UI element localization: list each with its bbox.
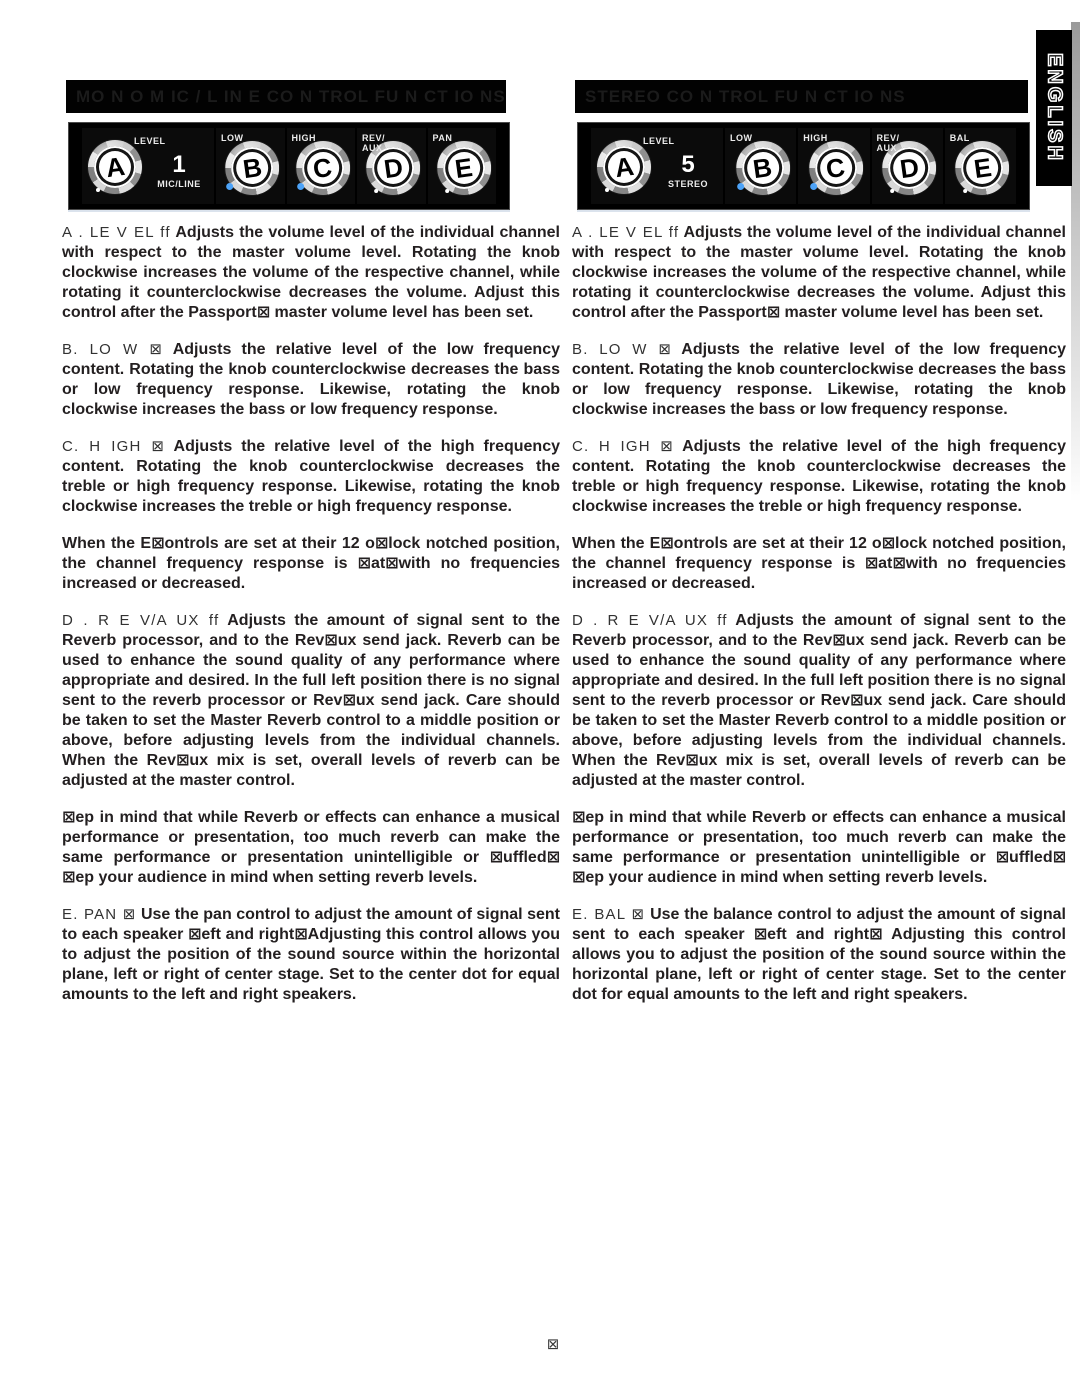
paragraph-label: A . LE V EL ff <box>572 224 679 241</box>
bal-knob: E <box>956 141 1010 195</box>
mono-header-title: MO N O M IC / L IN E CO N TROL FU N CT I… <box>76 87 506 106</box>
paragraph-text: Adjusts the amount of signal sent to the… <box>572 612 1066 789</box>
page-edge-shading <box>1071 22 1080 502</box>
paragraph-level: A . LE V EL ff Adjusts the volume level … <box>572 223 1066 323</box>
low-knob-face: B <box>231 147 273 189</box>
low-knob-label: LOW <box>221 133 244 143</box>
mono-section-high: HIGH C <box>287 128 356 204</box>
knob-pointer-dot <box>297 183 304 190</box>
level-knob: A <box>597 140 651 194</box>
paragraph-label: D . R E V/A UX ff <box>62 612 219 629</box>
level-knob-label: LEVEL <box>134 136 166 146</box>
high-knob-face: C <box>815 147 857 189</box>
rev-aux-knob-face: D <box>372 147 414 189</box>
channel-type-label: MIC/LINE <box>146 179 212 189</box>
knob-letter-c: C <box>311 151 334 184</box>
channel-id-block: 5 STEREO <box>655 152 721 189</box>
paragraph-level: A . LE V EL ff Adjusts the volume level … <box>62 223 560 323</box>
paragraph-label: A . LE V EL ff <box>62 224 171 241</box>
paragraph-text: Use the pan control to adjust the amount… <box>62 906 560 1003</box>
stereo-header-bar: STEREO CO N TROL FU N CT IO NS <box>575 80 1028 113</box>
knob-letter-a: A <box>613 150 636 183</box>
bal-knob-label: BAL <box>950 133 970 143</box>
knob-pointer-dot <box>445 189 449 193</box>
channel-type-label: STEREO <box>655 179 721 189</box>
mono-section-rev-aux: REV/ AUX D <box>357 128 426 204</box>
paragraph-text: ⊠ep in mind that while Reverb or effects… <box>62 809 560 886</box>
knob-letter-b: B <box>751 151 774 184</box>
paragraph-rev-aux: D . R E V/A UX ff Adjusts the amount of … <box>572 611 1066 791</box>
pan-knob-face: E <box>443 147 485 189</box>
paragraph-high: C. H IGH ⊠ Adjusts the relative level of… <box>572 437 1066 517</box>
high-knob: C <box>809 141 863 195</box>
mono-section-level: LEVEL A 1 MIC/LINE <box>82 128 214 204</box>
mono-header-bar: MO N O M IC / L IN E CO N TROL FU N CT I… <box>66 80 506 113</box>
stereo-section-low: LOW B <box>725 128 796 204</box>
knob-pointer-dot <box>810 183 817 190</box>
paragraph-reverb-note: ⊠ep in mind that while Reverb or effects… <box>572 808 1066 888</box>
low-knob-face: B <box>742 147 784 189</box>
level-knob-label: LEVEL <box>643 136 675 146</box>
high-knob-label: HIGH <box>803 133 828 143</box>
mono-descriptions: A . LE V EL ff Adjusts the volume level … <box>62 223 560 1005</box>
stereo-column: STEREO CO N TROL FU N CT IO NS LEVEL A 5… <box>572 80 1066 1022</box>
knob-letter-e: E <box>453 151 474 184</box>
high-knob-label: HIGH <box>292 133 317 143</box>
bal-knob-face: E <box>962 147 1004 189</box>
paragraph-high: C. H IGH ⊠ Adjusts the relative level of… <box>62 437 560 517</box>
knob-letter-e: E <box>972 151 993 184</box>
mono-section-low: LOW B <box>216 128 285 204</box>
paragraph-label: B. LO W ⊠ <box>62 341 163 358</box>
paragraph-text: Adjusts the amount of signal sent to the… <box>62 612 560 789</box>
paragraph-low: B. LO W ⊠ Adjusts the relative level of … <box>572 340 1066 420</box>
knob-letter-d: D <box>382 151 405 184</box>
knob-pointer-dot <box>737 183 744 190</box>
paragraph-pan: E. PAN ⊠ Use the pan control to adjust t… <box>62 905 560 1005</box>
stereo-section-high: HIGH C <box>798 128 869 204</box>
paragraph-rev-aux: D . R E V/A UX ff Adjusts the amount of … <box>62 611 560 791</box>
rev-aux-knob-label: REV/ AUX <box>877 133 900 153</box>
paragraph-label: E. BAL ⊠ <box>572 906 645 923</box>
page-number: ⊠ <box>540 1335 566 1353</box>
knob-pointer-dot <box>374 189 378 193</box>
knob-pointer-dot <box>226 183 233 190</box>
low-knob-label: LOW <box>730 133 753 143</box>
paragraph-eq-note: When the E⊠ontrols are set at their 12 o… <box>62 534 560 594</box>
channel-number: 5 <box>655 152 721 178</box>
paragraph-label: E. PAN ⊠ <box>62 906 136 923</box>
rev-aux-knob-label: REV/ AUX <box>362 133 385 153</box>
level-knob-face: A <box>603 146 645 188</box>
knob-pointer-dot <box>890 189 894 193</box>
stereo-descriptions: A . LE V EL ff Adjusts the volume level … <box>572 223 1066 1005</box>
mono-section-pan: PAN E <box>428 128 497 204</box>
channel-id-block: 1 MIC/LINE <box>146 152 212 189</box>
paragraph-text: ⊠ep in mind that while Reverb or effects… <box>572 809 1066 886</box>
paragraph-low: B. LO W ⊠ Adjusts the relative level of … <box>62 340 560 420</box>
low-knob: B <box>225 141 279 195</box>
level-knob-face: A <box>94 146 136 188</box>
high-knob-face: C <box>302 147 344 189</box>
stereo-section-bal: BAL E <box>945 128 1016 204</box>
stereo-header-title: STEREO CO N TROL FU N CT IO NS <box>585 87 906 106</box>
channel-number: 1 <box>146 152 212 178</box>
paragraph-eq-note: When the E⊠ontrols are set at their 12 o… <box>572 534 1066 594</box>
stereo-section-rev-aux: REV/ AUX D <box>872 128 943 204</box>
knob-letter-b: B <box>241 151 264 184</box>
knob-pointer-dot <box>96 188 100 192</box>
paragraph-label: D . R E V/A UX ff <box>572 612 728 629</box>
stereo-control-panel: LEVEL A 5 STEREO LOW B <box>577 122 1030 210</box>
stereo-section-level: LEVEL A 5 STEREO <box>591 128 723 204</box>
rev-aux-knob-face: D <box>888 147 930 189</box>
paragraph-label: C. H IGH ⊠ <box>572 438 674 455</box>
paragraph-bal: E. BAL ⊠ Use the balance control to adju… <box>572 905 1066 1005</box>
mono-panel-sections: LEVEL A 1 MIC/LINE LOW B <box>82 128 496 204</box>
low-knob: B <box>736 141 790 195</box>
stereo-panel-sections: LEVEL A 5 STEREO LOW B <box>591 128 1016 204</box>
knob-letter-c: C <box>825 151 848 184</box>
level-knob: A <box>88 140 142 194</box>
paragraph-label: C. H IGH ⊠ <box>62 438 165 455</box>
manual-page: ENGLISH MO N O M IC / L IN E CO N TROL F… <box>0 0 1080 1397</box>
high-knob: C <box>296 141 350 195</box>
knob-letter-d: D <box>898 151 921 184</box>
paragraph-text: Use the balance control to adjust the am… <box>572 906 1066 1003</box>
paragraph-reverb-note: ⊠ep in mind that while Reverb or effects… <box>62 808 560 888</box>
pan-knob: E <box>437 141 491 195</box>
knob-pointer-dot <box>964 189 968 193</box>
paragraph-text: When the E⊠ontrols are set at their 12 o… <box>572 535 1066 592</box>
mono-control-panel: LEVEL A 1 MIC/LINE LOW B <box>68 122 510 210</box>
knob-letter-a: A <box>104 150 127 183</box>
pan-knob-label: PAN <box>433 133 453 143</box>
knob-pointer-dot <box>605 188 609 192</box>
paragraph-label: B. LO W ⊠ <box>572 341 672 358</box>
mono-mic-line-column: MO N O M IC / L IN E CO N TROL FU N CT I… <box>62 80 560 1022</box>
paragraph-text: When the E⊠ontrols are set at their 12 o… <box>62 535 560 592</box>
